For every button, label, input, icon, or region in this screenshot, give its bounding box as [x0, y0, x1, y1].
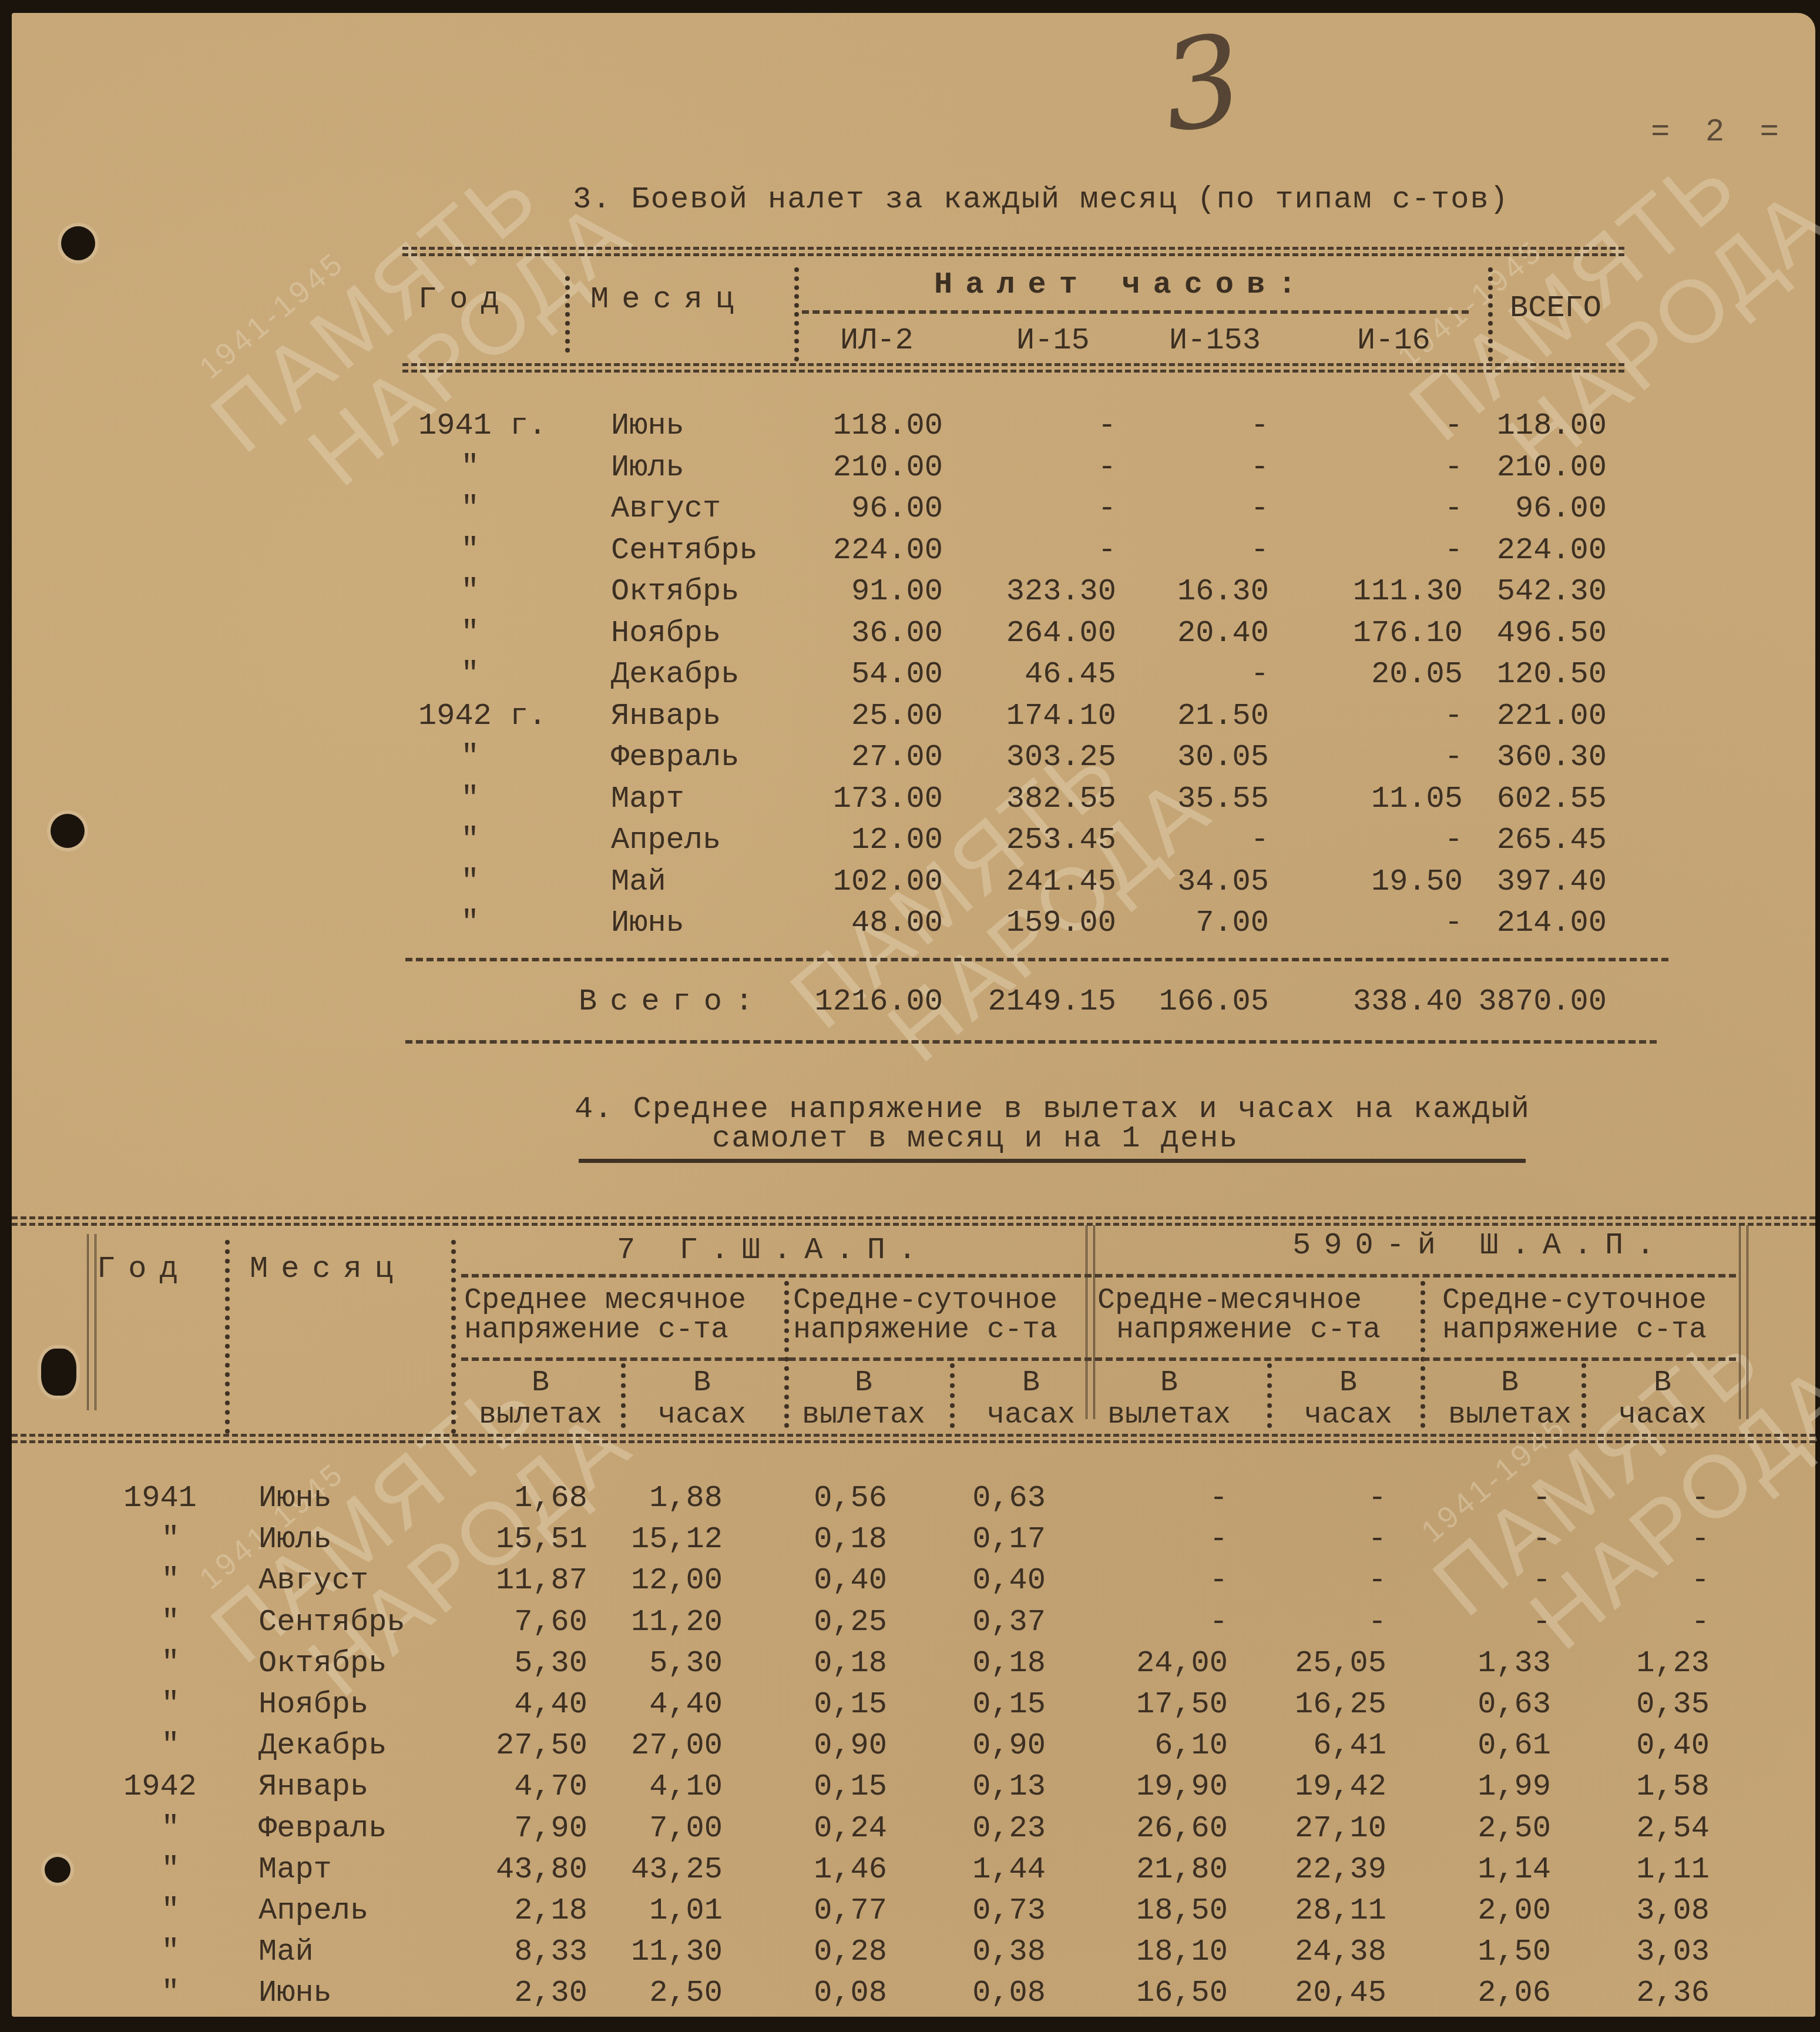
cell-i15: -: [981, 533, 1116, 568]
sub-header-hours: часах: [1278, 1399, 1419, 1432]
cell-value: -: [1428, 1563, 1551, 1598]
cell-i16: 20.05: [1328, 657, 1463, 692]
cell-value: 0,18: [764, 1522, 887, 1557]
cell-value: 17,50: [1104, 1687, 1228, 1722]
sub-header-sorties: В: [1439, 1366, 1580, 1400]
cell-value: 43,25: [599, 1852, 723, 1887]
cell-value: 0,15: [764, 1687, 887, 1722]
cell-year: ": [432, 616, 508, 650]
cell-value: 0,90: [922, 1728, 1046, 1763]
cell-i15: 46.45: [981, 657, 1116, 692]
sub-header-sorties: В: [1099, 1366, 1240, 1400]
cell-value: -: [1586, 1481, 1710, 1515]
cell-value: 0,63: [1428, 1687, 1551, 1722]
cell-value: 2,50: [1428, 1811, 1551, 1846]
section4-title-line2: самолет в месяц и на 1 день: [712, 1121, 1239, 1156]
cell-year: ": [432, 450, 508, 485]
cell-month: Ноябрь: [258, 1687, 368, 1722]
cell-value: 15,51: [464, 1522, 587, 1557]
cell-month: Октябрь: [258, 1646, 387, 1681]
cell-month: Январь: [258, 1769, 368, 1804]
cell-year: ": [432, 491, 508, 526]
cell-i16: -: [1328, 491, 1463, 526]
cell-value: -: [1586, 1605, 1710, 1639]
total-i153: 166.05: [1146, 984, 1269, 1019]
cell-i153: 21.50: [1146, 699, 1269, 733]
cell-i153: -: [1146, 823, 1269, 857]
r1-monthly-header-2: напряжение с-та: [464, 1313, 728, 1347]
cell-month: Июль: [258, 1522, 332, 1557]
cell-value: 1,68: [464, 1481, 587, 1515]
cell-i153: -: [1146, 533, 1269, 568]
cell-il2: 54.00: [811, 657, 943, 692]
cell-value: 27,50: [464, 1728, 587, 1763]
cell-value: 1,01: [599, 1893, 723, 1928]
cell-year: ": [432, 823, 508, 857]
cell-total: 602.55: [1475, 782, 1607, 816]
cell-value: 0,28: [764, 1934, 887, 1969]
sub-header-hours: часах: [961, 1399, 1102, 1432]
total-all: 3870.00: [1475, 984, 1607, 1019]
cell-i15: 159.00: [981, 906, 1116, 940]
cell-month: Декабрь: [258, 1728, 387, 1763]
cell-month: Февраль: [258, 1811, 387, 1846]
cell-year: ": [141, 1605, 200, 1639]
cell-value: 7,90: [464, 1811, 587, 1846]
cell-value: 26,60: [1104, 1811, 1228, 1846]
cell-value: 2,50: [599, 1976, 723, 2010]
cell-il2: 173.00: [811, 782, 943, 816]
col-divider: [794, 267, 799, 361]
cell-value: 15,12: [599, 1522, 723, 1557]
col-header-flight-hours: Налет часов:: [934, 267, 1309, 302]
cell-month: Июль: [611, 450, 787, 485]
cell-value: 4,40: [464, 1687, 587, 1722]
cell-total: 224.00: [1475, 533, 1607, 568]
cell-month: Март: [611, 782, 787, 816]
cell-month: Июнь: [258, 1481, 332, 1515]
cell-month: Июнь: [611, 906, 787, 940]
cell-i153: -: [1146, 657, 1269, 692]
cell-total: 221.00: [1475, 699, 1607, 733]
cell-value: -: [1104, 1481, 1228, 1515]
cell-il2: 91.00: [811, 574, 943, 609]
cell-value: 24,38: [1263, 1934, 1386, 1969]
cell-total: 118.00: [1475, 408, 1607, 443]
cell-i16: -: [1328, 408, 1463, 443]
cell-il2: 25.00: [811, 699, 943, 733]
cell-year: ": [141, 1687, 200, 1722]
cell-value: 19,42: [1263, 1769, 1386, 1804]
cell-value: 0,35: [1586, 1687, 1710, 1722]
cell-value: 1,33: [1428, 1646, 1551, 1681]
cell-i153: 20.40: [1146, 616, 1269, 650]
cell-i15: 323.30: [981, 574, 1116, 609]
cell-value: 24,00: [1104, 1646, 1228, 1681]
cell-value: -: [1263, 1563, 1386, 1598]
cell-value: 0,37: [922, 1605, 1046, 1639]
punch-hole: [61, 226, 95, 260]
cell-i16: 111.30: [1328, 574, 1463, 609]
sub-header-hours: В: [632, 1366, 773, 1400]
cell-value: -: [1104, 1605, 1228, 1639]
sub-header-sorties: В: [470, 1366, 611, 1400]
table-border: [12, 1434, 1815, 1443]
cell-il2: 48.00: [811, 906, 943, 940]
cell-value: 0,56: [764, 1481, 887, 1515]
cell-value: 2,54: [1586, 1811, 1710, 1846]
title-underline: [579, 1159, 1526, 1163]
cell-month: Май: [611, 864, 787, 899]
cell-value: 0,15: [764, 1769, 887, 1804]
cell-value: 11,20: [599, 1605, 723, 1639]
cell-value: 0,25: [764, 1605, 887, 1639]
cell-value: 43,80: [464, 1852, 587, 1887]
col-divider: [621, 1363, 626, 1428]
cell-i16: -: [1328, 740, 1463, 774]
cell-il2: 12.00: [811, 823, 943, 857]
cell-value: 2,36: [1586, 1976, 1710, 2010]
cell-year: ": [141, 1646, 200, 1681]
col-header-i15: И-15: [1016, 323, 1090, 358]
cell-year: ": [432, 906, 508, 940]
cell-value: 0,40: [764, 1563, 887, 1598]
cell-month: Июнь: [611, 408, 787, 443]
cell-i16: 11.05: [1328, 782, 1463, 816]
col-header-total: ВСЕГО: [1510, 291, 1601, 326]
cell-value: 22,39: [1263, 1852, 1386, 1887]
cell-year: ": [141, 1563, 200, 1598]
cell-il2: 36.00: [811, 616, 943, 650]
cell-value: 27,00: [599, 1728, 723, 1763]
cell-value: 6,41: [1263, 1728, 1386, 1763]
cell-i153: 16.30: [1146, 574, 1269, 609]
col-divider: [784, 1281, 789, 1428]
cell-value: -: [1428, 1522, 1551, 1557]
cell-total: 265.45: [1475, 823, 1607, 857]
cell-month: Апрель: [258, 1893, 368, 1928]
cell-value: 1,44: [922, 1852, 1046, 1887]
cell-i15: -: [981, 408, 1116, 443]
cell-value: -: [1104, 1563, 1228, 1598]
cell-i15: 303.25: [981, 740, 1116, 774]
cell-month: Сентябрь: [258, 1605, 405, 1639]
cell-year: 1942: [123, 1769, 197, 1804]
cell-value: 4,70: [464, 1769, 587, 1804]
cell-value: 28,11: [1263, 1893, 1386, 1928]
cell-month: Ноябрь: [611, 616, 787, 650]
cell-value: 0,90: [764, 1728, 887, 1763]
table-border: [405, 1040, 1657, 1044]
r1-daily-header: Средне-суточное: [793, 1284, 1057, 1317]
cell-i15: 382.55: [981, 782, 1116, 816]
cell-i153: -: [1146, 450, 1269, 485]
page-number: = 2 =: [1651, 115, 1787, 150]
cell-month: Май: [258, 1934, 314, 1969]
cell-value: 1,11: [1586, 1852, 1710, 1887]
sub-header-hours: В: [1592, 1366, 1733, 1400]
cell-i153: 35.55: [1146, 782, 1269, 816]
col-divider: [1739, 1225, 1748, 1419]
cell-i15: -: [981, 450, 1116, 485]
cell-value: -: [1428, 1481, 1551, 1515]
sub-header-hours: В: [961, 1366, 1102, 1400]
cell-value: 16,25: [1263, 1687, 1386, 1722]
cell-total: 120.50: [1475, 657, 1607, 692]
cell-value: 0,17: [922, 1522, 1046, 1557]
col-header-i153: И-153: [1169, 323, 1261, 358]
header-divider: [461, 1357, 1736, 1361]
cell-value: 11,30: [599, 1934, 723, 1969]
col-divider: [1267, 1363, 1272, 1428]
cell-value: 0,63: [922, 1481, 1046, 1515]
cell-value: 0,24: [764, 1811, 887, 1846]
col-divider: [1421, 1281, 1425, 1428]
col-divider: [451, 1240, 456, 1434]
col-header-i16: И-16: [1357, 323, 1431, 358]
total-il2: 1216.00: [811, 984, 943, 1019]
cell-i16: -: [1328, 906, 1463, 940]
cell-value: 7,60: [464, 1605, 587, 1639]
cell-month: Июнь: [258, 1976, 332, 2010]
col-divider: [565, 276, 570, 353]
cell-month: Январь: [611, 699, 787, 733]
cell-total: 96.00: [1475, 491, 1607, 526]
cell-month: Март: [258, 1852, 332, 1887]
total-i15: 2149.15: [981, 984, 1116, 1019]
cell-i15: -: [981, 491, 1116, 526]
cell-value: 19,90: [1104, 1769, 1228, 1804]
cell-month: Август: [258, 1563, 368, 1598]
cell-value: 2,06: [1428, 1976, 1551, 2010]
col-header-il2: ИЛ-2: [840, 323, 914, 358]
cell-value: 2,30: [464, 1976, 587, 2010]
cell-value: 16,50: [1104, 1976, 1228, 2010]
col-header-month: Месяц: [590, 282, 747, 317]
cell-value: 25,05: [1263, 1646, 1386, 1681]
cell-year: ": [432, 782, 508, 816]
total-i16: 338.40: [1328, 984, 1463, 1019]
cell-year: ": [432, 574, 508, 609]
cell-i16: 19.50: [1328, 864, 1463, 899]
cell-value: 0,38: [922, 1934, 1046, 1969]
sub-header-sorties: вылетах: [1439, 1399, 1580, 1432]
cell-year: 1941 г.: [418, 408, 548, 443]
cell-value: 0,77: [764, 1893, 887, 1928]
cell-value: 3,03: [1586, 1934, 1710, 1969]
cell-i16: 176.10: [1328, 616, 1463, 650]
punch-hole: [41, 1349, 76, 1396]
cell-value: 11,87: [464, 1563, 587, 1598]
cell-value: 0,40: [922, 1563, 1046, 1598]
cell-value: -: [1586, 1563, 1710, 1598]
cell-year: ": [141, 1852, 200, 1887]
cell-i153: 34.05: [1146, 864, 1269, 899]
table-border: [12, 1216, 1815, 1226]
cell-value: 0,13: [922, 1769, 1046, 1804]
col-divider: [225, 1240, 230, 1434]
cell-value: 4,10: [599, 1769, 723, 1804]
cell-value: 12,00: [599, 1563, 723, 1598]
r2-daily-header: Средне-суточное: [1442, 1284, 1707, 1317]
sub-header-sorties: В: [793, 1366, 934, 1400]
section3-title: 3. Боевой налет за каждый месяц (по типа…: [573, 182, 1509, 217]
regiment1-header: 7 Г.Ш.А.П.: [617, 1233, 929, 1268]
cell-value: 0,08: [764, 1976, 887, 2010]
cell-value: 0,73: [922, 1893, 1046, 1928]
col-divider: [1488, 267, 1493, 361]
cell-total: 210.00: [1475, 450, 1607, 485]
cell-value: 1,88: [599, 1481, 723, 1515]
cell-value: -: [1428, 1605, 1551, 1639]
sub-header-hours: часах: [632, 1399, 773, 1432]
col-divider: [1581, 1363, 1586, 1428]
totals-label: Всего:: [579, 984, 766, 1019]
cell-il2: 210.00: [811, 450, 943, 485]
cell-i153: 7.00: [1146, 906, 1269, 940]
table-border: [402, 247, 1624, 256]
cell-value: 7,00: [599, 1811, 723, 1846]
punch-hole: [51, 814, 85, 848]
cell-month: Август: [611, 491, 787, 526]
cell-value: 0,08: [922, 1976, 1046, 2010]
cell-i15: 264.00: [981, 616, 1116, 650]
sub-header-hours: часах: [1592, 1399, 1733, 1432]
sub-header-sorties: вылетах: [1099, 1399, 1240, 1432]
header-divider: [802, 310, 1469, 314]
cell-value: 2,18: [464, 1893, 587, 1928]
cell-value: -: [1263, 1481, 1386, 1515]
cell-value: 5,30: [464, 1646, 587, 1681]
punch-hole: [45, 1857, 70, 1883]
cell-total: 214.00: [1475, 906, 1607, 940]
cell-value: -: [1263, 1522, 1386, 1557]
cell-year: ": [141, 1893, 200, 1928]
cell-total: 542.30: [1475, 574, 1607, 609]
cell-year: ": [141, 1522, 200, 1557]
cell-value: 8,33: [464, 1934, 587, 1969]
cell-i153: -: [1146, 408, 1269, 443]
cell-value: 5,30: [599, 1646, 723, 1681]
cell-value: 1,58: [1586, 1769, 1710, 1804]
sub-header-hours: В: [1278, 1366, 1419, 1400]
cell-value: 6,10: [1104, 1728, 1228, 1763]
cell-value: 18,50: [1104, 1893, 1228, 1928]
cell-value: 0,18: [764, 1646, 887, 1681]
cell-month: Октябрь: [611, 574, 787, 609]
sub-header-sorties: вылетах: [470, 1399, 611, 1432]
cell-value: 0,23: [922, 1811, 1046, 1846]
cell-il2: 224.00: [811, 533, 943, 568]
cell-month: Февраль: [611, 740, 787, 774]
cell-il2: 96.00: [811, 491, 943, 526]
r2-monthly-header-2: напряжение с-та: [1116, 1313, 1381, 1347]
cell-i15: 241.45: [981, 864, 1116, 899]
col-divider: [87, 1234, 96, 1410]
col-divider: [950, 1363, 955, 1428]
cell-month: Декабрь: [611, 657, 787, 692]
cell-i16: -: [1328, 699, 1463, 733]
r2-daily-header-2: напряжение с-та: [1442, 1313, 1707, 1347]
sub-header-sorties: вылетах: [793, 1399, 934, 1432]
cell-total: 496.50: [1475, 616, 1607, 650]
cell-month: Апрель: [611, 823, 787, 857]
cell-value: 3,08: [1586, 1893, 1710, 1928]
cell-value: 0,18: [922, 1646, 1046, 1681]
cell-i153: -: [1146, 491, 1269, 526]
r1-monthly-header: Среднее месячное: [464, 1284, 746, 1317]
cell-total: 360.30: [1475, 740, 1607, 774]
cell-year: ": [141, 1728, 200, 1763]
r2-monthly-header: Средне-месячное: [1097, 1284, 1362, 1317]
cell-value: 27,10: [1263, 1811, 1386, 1846]
cell-i153: 30.05: [1146, 740, 1269, 774]
cell-value: 1,23: [1586, 1646, 1710, 1681]
cell-value: 2,00: [1428, 1893, 1551, 1928]
cell-i15: 253.45: [981, 823, 1116, 857]
cell-value: -: [1104, 1522, 1228, 1557]
cell-year: ": [141, 1976, 200, 2010]
cell-year: ": [432, 740, 508, 774]
cell-total: 397.40: [1475, 864, 1607, 899]
cell-il2: 102.00: [811, 864, 943, 899]
cell-i16: -: [1328, 533, 1463, 568]
cell-value: 20,45: [1263, 1976, 1386, 2010]
r1-daily-header-2: напряжение с-та: [793, 1313, 1057, 1347]
cell-year: ": [141, 1811, 200, 1846]
regiment2-header: 590-й Ш.А.П.: [1292, 1228, 1667, 1263]
col-header-month: Месяц: [250, 1252, 406, 1286]
cell-value: 4,40: [599, 1687, 723, 1722]
cell-year: ": [432, 533, 508, 568]
cell-value: 18,10: [1104, 1934, 1228, 1969]
cell-value: 0,61: [1428, 1728, 1551, 1763]
cell-i15: 174.10: [981, 699, 1116, 733]
cell-il2: 118.00: [811, 408, 943, 443]
header-divider: [461, 1274, 1736, 1277]
cell-i16: -: [1328, 823, 1463, 857]
cell-year: ": [432, 657, 508, 692]
cell-month: Сентябрь: [611, 533, 787, 568]
col-header-year: Год: [97, 1252, 191, 1286]
cell-il2: 27.00: [811, 740, 943, 774]
cell-i16: -: [1328, 450, 1463, 485]
cell-value: 21,80: [1104, 1852, 1228, 1887]
cell-value: -: [1586, 1522, 1710, 1557]
cell-value: -: [1263, 1605, 1386, 1639]
table-border: [402, 363, 1624, 373]
cell-value: 0,15: [922, 1687, 1046, 1722]
cell-year: ": [432, 864, 508, 899]
cell-year: ": [141, 1934, 200, 1969]
table-border: [405, 958, 1668, 961]
cell-value: 1,99: [1428, 1769, 1551, 1804]
cell-value: 1,50: [1428, 1934, 1551, 1969]
cell-value: 0,40: [1586, 1728, 1710, 1763]
cell-year: 1942 г.: [418, 699, 548, 733]
cell-value: 1,14: [1428, 1852, 1551, 1887]
cell-value: 1,46: [764, 1852, 887, 1887]
cell-year: 1941: [123, 1481, 197, 1515]
col-header-year: Год: [418, 282, 512, 317]
